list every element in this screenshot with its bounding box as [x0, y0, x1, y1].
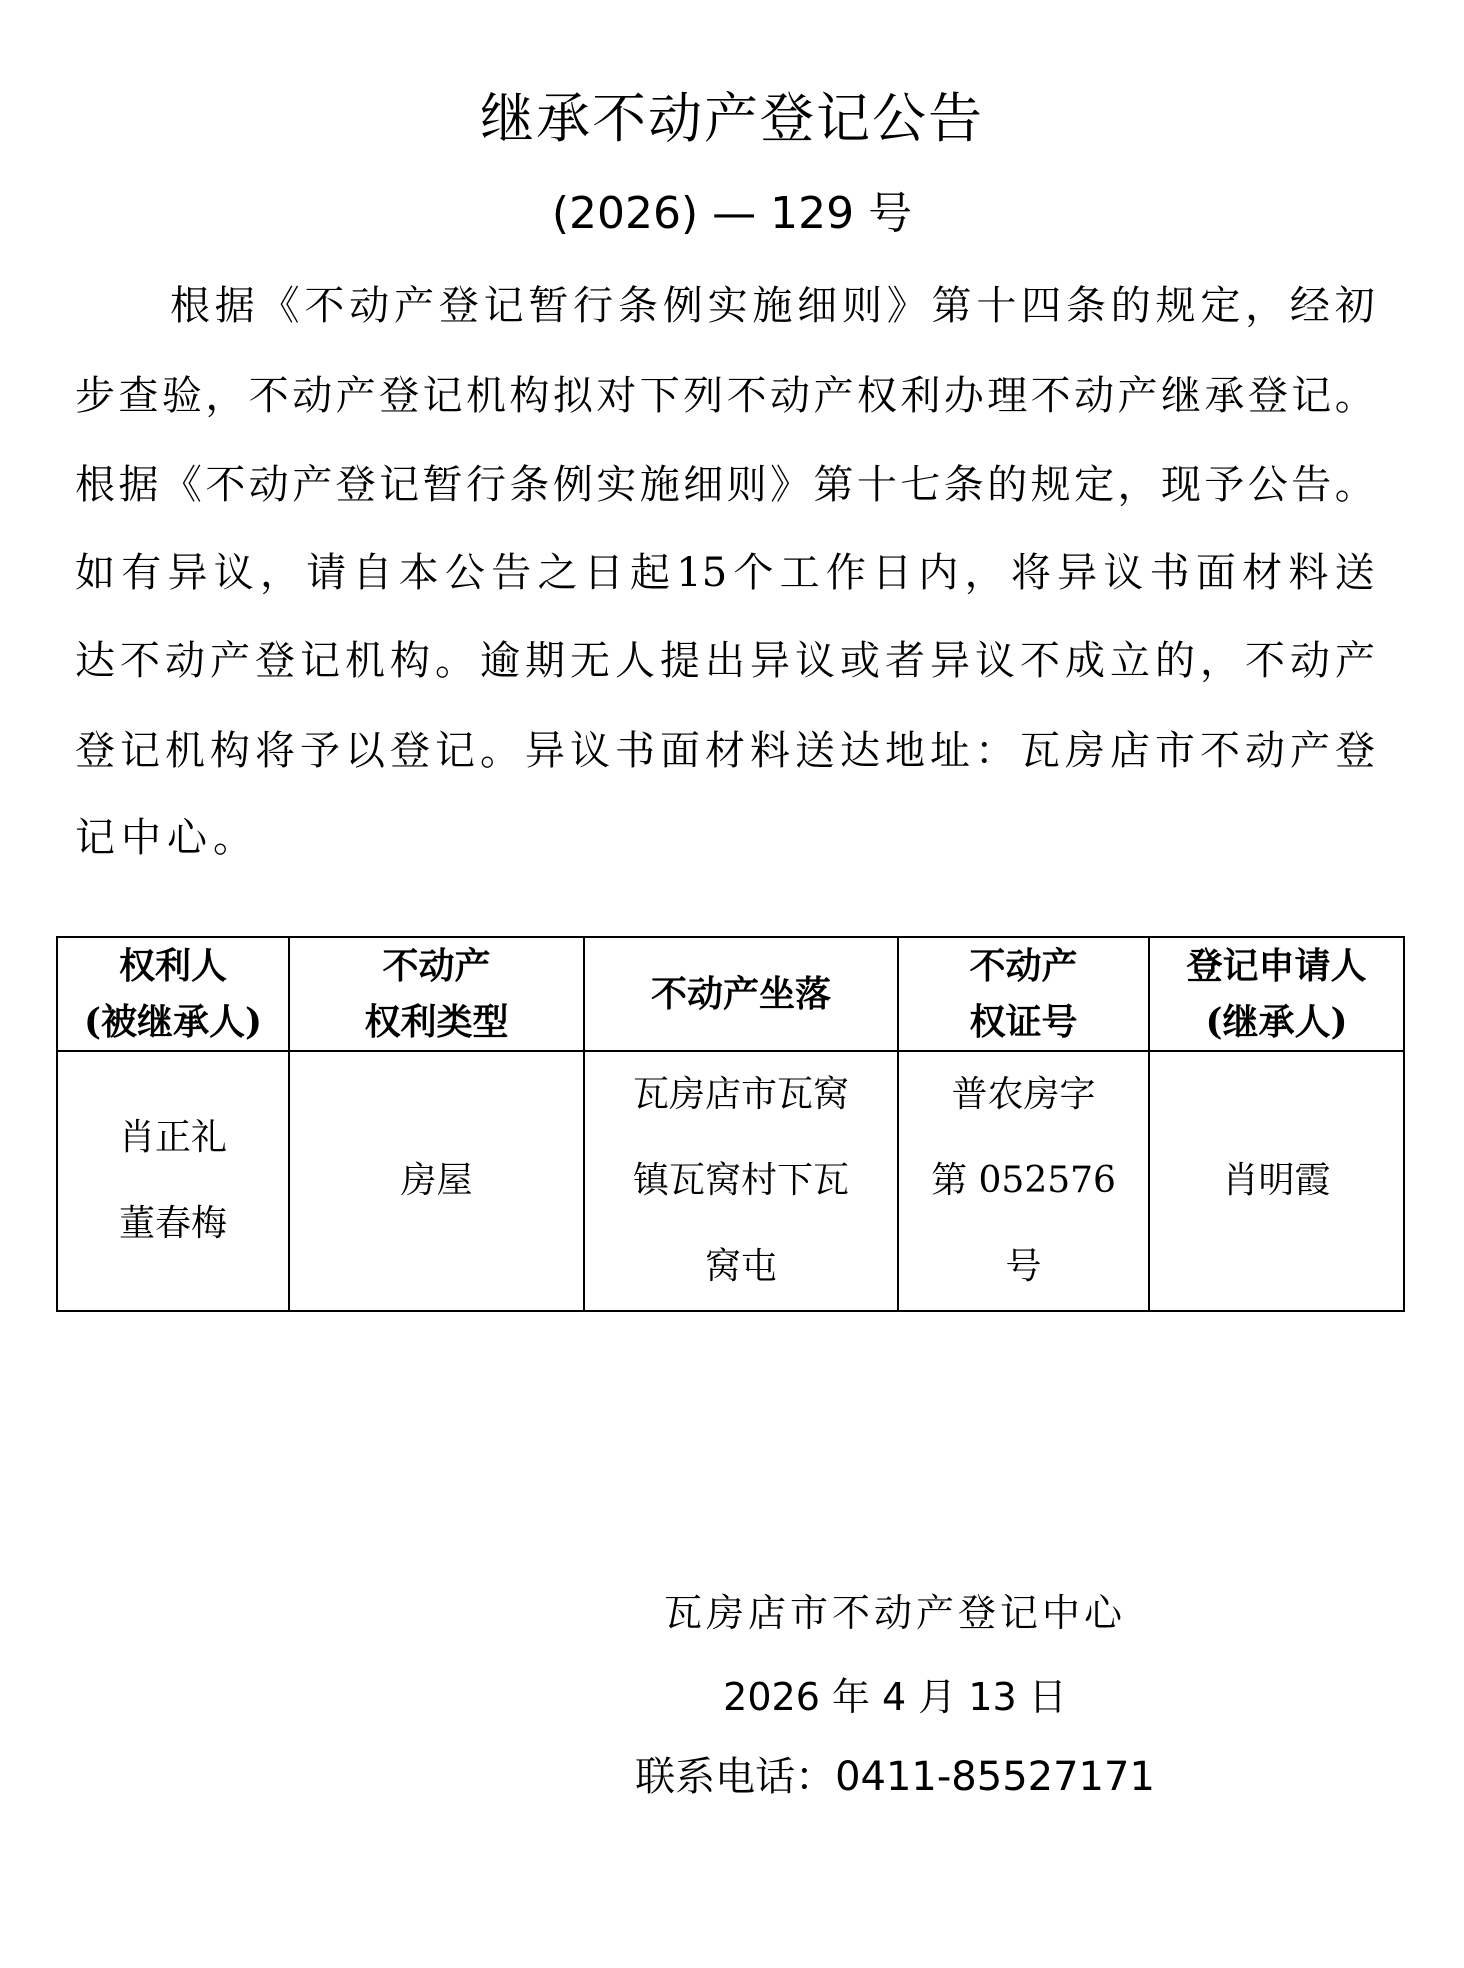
- body-glyph: 验: [162, 366, 202, 426]
- cell-line: 窝屯: [585, 1224, 897, 1310]
- body-glyph: 对: [596, 366, 636, 426]
- body-glyph: 达: [75, 631, 115, 691]
- header-line: 不动产坐落: [585, 966, 897, 1022]
- cell-line: 肖正礼: [58, 1095, 288, 1181]
- body-glyph: 暂: [423, 455, 463, 515]
- body-glyph: 公: [1248, 455, 1288, 515]
- body-glyph: 理: [987, 366, 1027, 426]
- body-glyph: 送: [795, 721, 835, 781]
- body-glyph: 店: [1110, 721, 1150, 781]
- body-glyph: 的: [987, 455, 1027, 515]
- body-glyph: 则: [727, 455, 767, 515]
- body-glyph: 提: [660, 631, 700, 691]
- body-glyph: 根: [170, 276, 210, 336]
- body-glyph: 产: [210, 631, 250, 691]
- body-glyph: 动: [349, 276, 389, 336]
- body-glyph: 15: [676, 543, 727, 603]
- body-glyph: 动: [292, 366, 332, 426]
- body-glyph: 达: [840, 721, 880, 781]
- body-glyph: 不: [1200, 721, 1240, 781]
- body-glyph: 据: [118, 455, 158, 515]
- body-glyph: 请: [306, 543, 346, 603]
- body-glyph: 起: [630, 543, 670, 603]
- body-glyph: 。: [480, 721, 520, 781]
- body-glyph: 以: [345, 721, 385, 781]
- body-glyph: 公: [445, 543, 485, 603]
- body-glyph: 第: [932, 276, 972, 336]
- body-glyph: 议: [975, 631, 1015, 691]
- body-glyph: 产: [1335, 631, 1375, 691]
- body-glyph: 登: [255, 631, 295, 691]
- body-glyph: 据: [215, 276, 255, 336]
- body-glyph: 实: [596, 455, 636, 515]
- body-glyph: 构: [509, 366, 549, 426]
- body-glyph: 七: [900, 455, 940, 515]
- body-glyph: 动: [249, 455, 289, 515]
- body-glyph: 材: [705, 721, 745, 781]
- body-glyph: 址: [930, 721, 970, 781]
- header-right-holder: 权利人 (被继承人): [57, 937, 289, 1051]
- body-glyph: 条: [618, 276, 658, 336]
- body-glyph: 登: [336, 455, 376, 515]
- body-glyph: 不: [249, 366, 289, 426]
- body-glyph: 十: [857, 455, 897, 515]
- body-glyph: 期: [525, 631, 565, 691]
- body-glyph: 料: [1288, 543, 1328, 603]
- body-glyph: 异: [168, 543, 208, 603]
- body-glyph: 条: [1066, 276, 1106, 336]
- notice-number: (2026) — 129 号: [0, 186, 1464, 242]
- body-glyph: 记: [435, 721, 475, 781]
- table-row: 肖正礼 董春梅 房屋 瓦房店市瓦窝 镇瓦窝村下瓦 窝屯 普农房字 第 05257…: [57, 1051, 1404, 1311]
- body-glyph: 下: [640, 366, 680, 426]
- body-glyph: 构: [210, 721, 250, 781]
- body-line-2: 步查验，不动产登记机构拟对下列不动产权利办理不动产继承登记。: [75, 366, 1375, 426]
- body-glyph: 继: [1161, 366, 1201, 426]
- body-glyph: 立: [1110, 631, 1150, 691]
- cell-line: 瓦房店市瓦窝: [585, 1052, 897, 1138]
- body-glyph: 动: [1290, 631, 1330, 691]
- body-glyph: 根: [75, 455, 115, 515]
- body-glyph: 实: [708, 276, 748, 336]
- body-glyph: 登: [439, 276, 479, 336]
- body-glyph: 逾: [480, 631, 520, 691]
- body-glyph: 不: [304, 276, 344, 336]
- body-line-4: 如有异议，请自本公告之日起15个工作日内，将异议书面材料送: [75, 543, 1375, 603]
- header-line: 登记申请人: [1150, 938, 1403, 994]
- body-glyph: 日: [584, 543, 624, 603]
- body-glyph: ，: [1200, 631, 1240, 691]
- body-glyph: 记: [1291, 366, 1331, 426]
- registration-table: 权利人 (被继承人) 不动产 权利类型 不动产坐落 不动产 权证号 登记申请人 …: [56, 936, 1405, 1312]
- body-glyph: 或: [840, 631, 880, 691]
- notice-title: 继承不动产登记公告: [0, 86, 1464, 152]
- table-header-row: 权利人 (被继承人) 不动产 权利类型 不动产坐落 不动产 权证号 登记申请人 …: [57, 937, 1404, 1051]
- body-glyph: 十: [976, 276, 1016, 336]
- signature-date: 2026 年 4 月 13 日: [600, 1672, 1190, 1722]
- body-glyph: 例: [553, 455, 593, 515]
- header-location: 不动产坐落: [584, 937, 898, 1051]
- body-glyph: 产: [813, 366, 853, 426]
- body-glyph: 第: [813, 455, 853, 515]
- body-glyph: 不: [120, 631, 160, 691]
- body-glyph: 异: [930, 631, 970, 691]
- header-applicant: 登记申请人 (继承人): [1149, 937, 1404, 1051]
- body-glyph: 书: [615, 721, 655, 781]
- body-glyph: 心: [167, 808, 207, 868]
- body-glyph: 如: [75, 543, 115, 603]
- body-glyph: 记: [75, 808, 115, 868]
- body-glyph: 议: [214, 543, 254, 603]
- body-line-6: 登记机构将予以登记。异议书面材料送达地址：瓦房店市不动产登: [75, 721, 1375, 781]
- body-glyph: 规: [1156, 276, 1196, 336]
- body-glyph: 有: [121, 543, 161, 603]
- header-line: (被继承人): [58, 994, 288, 1050]
- body-glyph: 《: [162, 455, 202, 515]
- body-glyph: 房: [1065, 721, 1105, 781]
- body-glyph: 动: [165, 631, 205, 691]
- body-glyph: 产: [394, 276, 434, 336]
- body-glyph: ，: [1118, 455, 1158, 515]
- body-glyph: 记: [120, 721, 160, 781]
- body-glyph: 料: [750, 721, 790, 781]
- body-glyph: 不: [727, 366, 767, 426]
- body-glyph: 动: [1074, 366, 1114, 426]
- body-glyph: 列: [683, 366, 723, 426]
- body-glyph: 施: [752, 276, 792, 336]
- body-glyph: 条: [944, 455, 984, 515]
- cell-right-holders: 肖正礼 董春梅: [57, 1051, 289, 1311]
- body-glyph: ，: [1245, 276, 1285, 336]
- body-line-1: 根据《不动产登记暂行条例实施细则》第十四条的规定，经初: [170, 276, 1375, 336]
- body-glyph: 。: [435, 631, 475, 691]
- body-glyph: 内: [918, 543, 958, 603]
- body-glyph: 予: [300, 721, 340, 781]
- header-line: 不动产: [290, 938, 583, 994]
- body-glyph: 四: [1021, 276, 1061, 336]
- body-glyph: 现: [1161, 455, 1201, 515]
- cell-location: 瓦房店市瓦窝 镇瓦窝村下瓦 窝屯: [584, 1051, 898, 1311]
- body-glyph: 工: [780, 543, 820, 603]
- body-glyph: 经: [1290, 276, 1330, 336]
- signature-organization: 瓦房店市不动产登记中心: [600, 1588, 1190, 1638]
- body-glyph: ，: [965, 543, 1005, 603]
- body-glyph: 将: [255, 721, 295, 781]
- body-line-7: 记中心。: [75, 808, 1375, 868]
- body-glyph: 行: [466, 455, 506, 515]
- body-glyph: 则: [842, 276, 882, 336]
- body-glyph: ，: [205, 366, 245, 426]
- body-glyph: 机: [165, 721, 205, 781]
- header-line: 权利类型: [290, 994, 583, 1050]
- body-glyph: 将: [1011, 543, 1051, 603]
- header-line: 不动产: [899, 938, 1148, 994]
- cell-applicant: 肖明霞: [1149, 1051, 1404, 1311]
- body-glyph: 例: [663, 276, 703, 336]
- header-right-type: 不动产 权利类型: [289, 937, 584, 1051]
- body-glyph: 告: [491, 543, 531, 603]
- cell-line: 号: [899, 1224, 1148, 1310]
- body-glyph: 利: [900, 366, 940, 426]
- header-line: 权利人: [58, 938, 288, 994]
- cell-line: 肖明霞: [1150, 1138, 1403, 1224]
- body-line-3: 根据《不动产登记暂行条例实施细则》第十七条的规定，现予公告。: [75, 455, 1375, 515]
- cell-line: 普农房字: [899, 1052, 1148, 1138]
- body-glyph: 书: [1150, 543, 1190, 603]
- header-line: 权证号: [899, 994, 1148, 1050]
- body-glyph: 自: [353, 543, 393, 603]
- body-glyph: 细: [797, 276, 837, 336]
- body-glyph: ：: [975, 721, 1015, 781]
- body-glyph: 材: [1242, 543, 1282, 603]
- body-glyph: 人: [615, 631, 655, 691]
- body-glyph: 送: [1335, 543, 1375, 603]
- body-glyph: 无: [570, 631, 610, 691]
- body-glyph: 登: [1248, 366, 1288, 426]
- body-glyph: 定: [1074, 455, 1114, 515]
- body-glyph: 产: [336, 366, 376, 426]
- cell-certificate-no: 普农房字 第 052576 号: [898, 1051, 1149, 1311]
- body-glyph: 登: [379, 366, 419, 426]
- body-glyph: 地: [885, 721, 925, 781]
- body-glyph: 个: [733, 543, 773, 603]
- body-glyph: 不: [1031, 366, 1071, 426]
- body-glyph: 承: [1204, 366, 1244, 426]
- body-glyph: 产: [292, 455, 332, 515]
- cell-line: 镇瓦窝村下瓦: [585, 1138, 897, 1224]
- body-glyph: 记: [379, 455, 419, 515]
- body-glyph: 办: [944, 366, 984, 426]
- body-glyph: 本: [399, 543, 439, 603]
- body-glyph: 市: [1155, 721, 1195, 781]
- body-glyph: 告: [1291, 455, 1331, 515]
- body-glyph: 步: [75, 366, 115, 426]
- body-glyph: 异: [1057, 543, 1097, 603]
- body-glyph: 构: [390, 631, 430, 691]
- body-glyph: 拟: [553, 366, 593, 426]
- body-glyph: 。: [213, 808, 253, 868]
- header-certificate: 不动产 权证号: [898, 937, 1149, 1051]
- body-glyph: 登: [1335, 721, 1375, 781]
- body-glyph: 面: [660, 721, 700, 781]
- body-glyph: 初: [1335, 276, 1375, 336]
- body-glyph: 查: [118, 366, 158, 426]
- body-glyph: ，: [260, 543, 300, 603]
- cell-line: 董春梅: [58, 1181, 288, 1267]
- body-glyph: 动: [1245, 721, 1285, 781]
- body-glyph: 的: [1111, 276, 1151, 336]
- body-glyph: 议: [795, 631, 835, 691]
- body-glyph: 议: [1103, 543, 1143, 603]
- body-glyph: 。: [1335, 455, 1375, 515]
- contact-phone: 联系电话：0411-85527171: [600, 1752, 1190, 1802]
- body-glyph: 记: [484, 276, 524, 336]
- body-glyph: 瓦: [1020, 721, 1060, 781]
- cell-right-type: 房屋: [289, 1051, 584, 1311]
- body-glyph: 动: [770, 366, 810, 426]
- body-glyph: 不: [205, 455, 245, 515]
- body-glyph: 权: [857, 366, 897, 426]
- body-glyph: 条: [509, 455, 549, 515]
- body-glyph: 登: [390, 721, 430, 781]
- body-glyph: 机: [466, 366, 506, 426]
- cell-line: 第 052576: [899, 1138, 1148, 1224]
- body-glyph: 成: [1065, 631, 1105, 691]
- body-glyph: 机: [345, 631, 385, 691]
- header-line: (继承人): [1150, 994, 1403, 1050]
- cell-line: 房屋: [290, 1138, 583, 1224]
- body-glyph: 施: [640, 455, 680, 515]
- body-glyph: 中: [121, 808, 161, 868]
- body-glyph: 产: [1290, 721, 1330, 781]
- body-glyph: 的: [1155, 631, 1195, 691]
- body-line-5: 达不动产登记机构。逾期无人提出异议或者异议不成立的，不动产: [75, 631, 1375, 691]
- body-glyph: 予: [1204, 455, 1244, 515]
- body-glyph: 暂: [528, 276, 568, 336]
- body-glyph: 规: [1031, 455, 1071, 515]
- body-glyph: 异: [525, 721, 565, 781]
- body-glyph: 行: [573, 276, 613, 336]
- body-glyph: 产: [1118, 366, 1158, 426]
- body-glyph: 》: [887, 276, 927, 336]
- body-glyph: 之: [538, 543, 578, 603]
- body-glyph: 登: [75, 721, 115, 781]
- body-glyph: 不: [1245, 631, 1285, 691]
- body-glyph: 出: [705, 631, 745, 691]
- body-glyph: 。: [1335, 366, 1375, 426]
- body-glyph: 日: [872, 543, 912, 603]
- body-glyph: 作: [826, 543, 866, 603]
- body-glyph: 面: [1196, 543, 1236, 603]
- body-glyph: 细: [683, 455, 723, 515]
- body-glyph: 不: [1020, 631, 1060, 691]
- body-glyph: 者: [885, 631, 925, 691]
- body-glyph: 记: [423, 366, 463, 426]
- body-glyph: 《: [260, 276, 300, 336]
- body-glyph: 异: [750, 631, 790, 691]
- body-glyph: 定: [1200, 276, 1240, 336]
- body-glyph: 》: [770, 455, 810, 515]
- body-glyph: 记: [300, 631, 340, 691]
- body-glyph: 议: [570, 721, 610, 781]
